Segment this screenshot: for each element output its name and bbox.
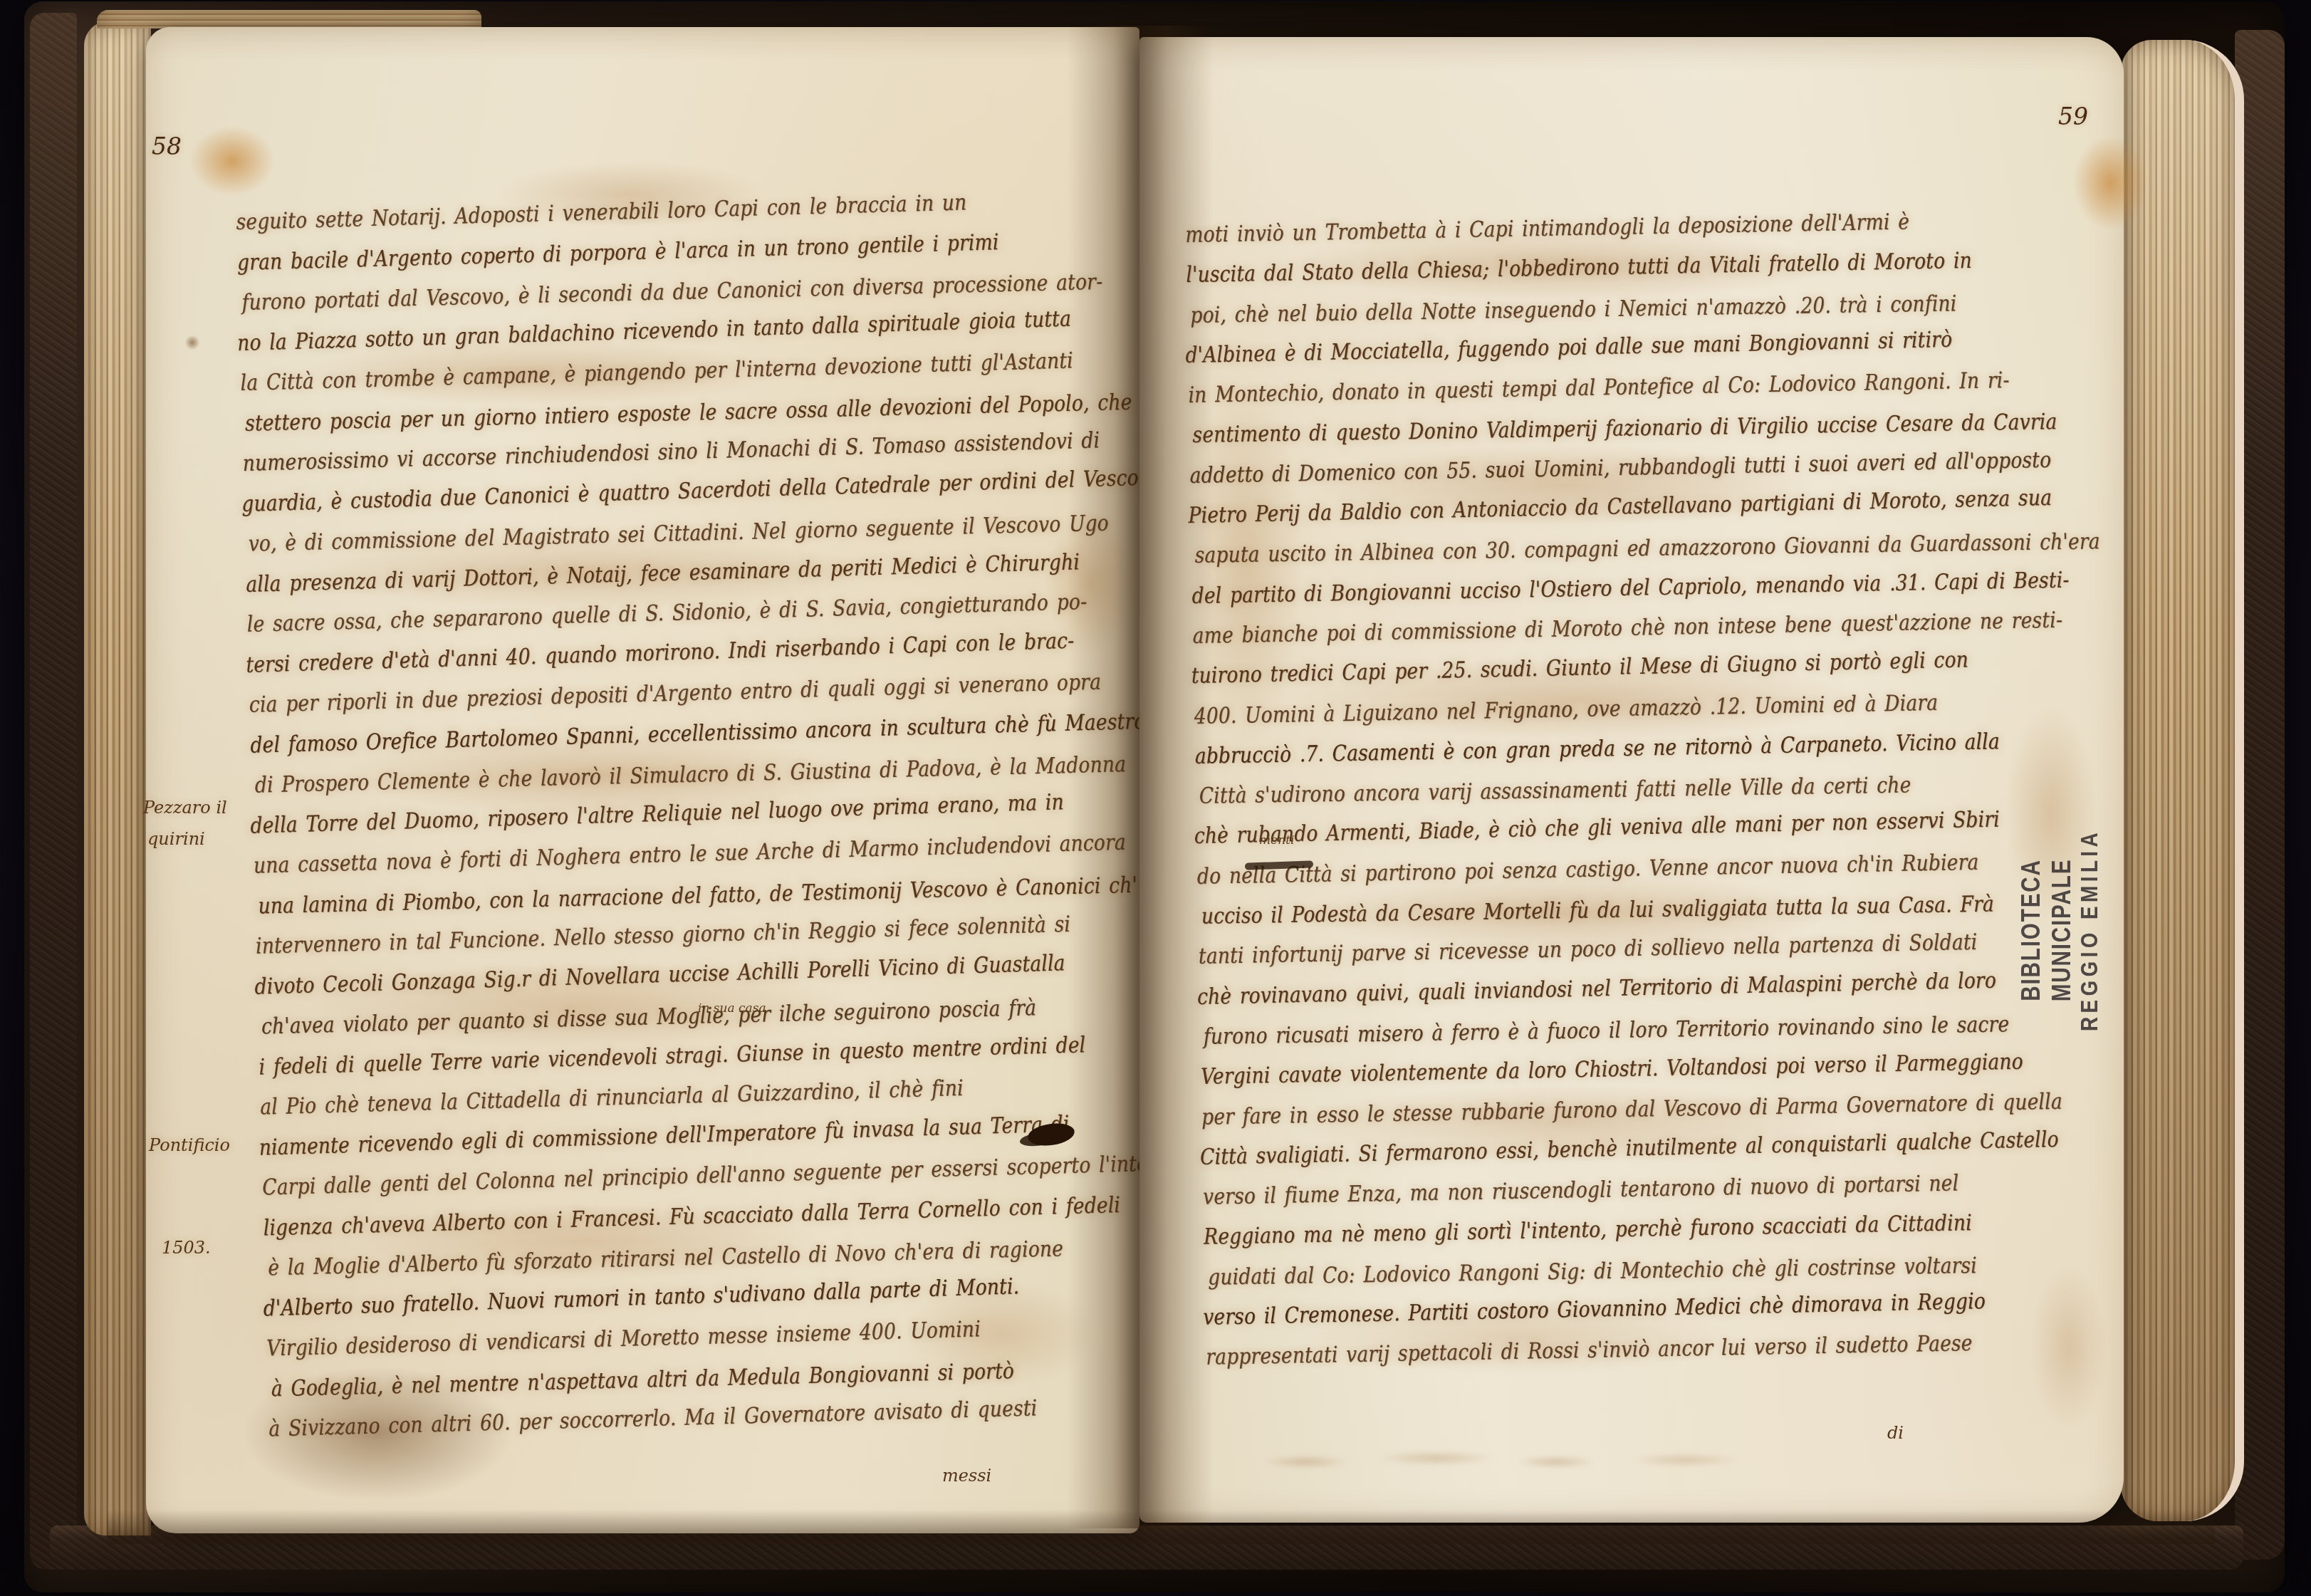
margin-note: 1503.	[162, 1238, 211, 1258]
right-text-block: moti inviò un Trombetta à i Capi intiman…	[1185, 207, 2050, 1384]
library-stamp: BIBLIOTECA MUNICIPALE REGGIO EMILIA	[2019, 783, 2087, 1077]
paper-stain	[182, 332, 203, 353]
paper-stain	[2057, 115, 2164, 251]
margin-note: Pezzaro il	[143, 798, 227, 818]
interlinear-correction: menti	[1259, 833, 1294, 847]
page-bottom-shadow	[107, 1510, 2215, 1544]
margin-note: quirini	[147, 829, 205, 849]
faded-ink-smudge	[1246, 1441, 1745, 1478]
catchword: messi	[942, 1466, 991, 1486]
right-page: 59 moti inviò un Trombetta à i Capi inti…	[1139, 37, 2124, 1523]
gutter-shadow	[1067, 26, 1214, 1528]
page-number-left: 58	[152, 132, 182, 160]
book-cover-left-edge	[30, 13, 77, 1570]
library-stamp-line1: BIBLIOTECA MUNICIPALE	[2015, 798, 2076, 1063]
interlinear-insertion: in sua casa	[698, 1001, 766, 1016]
library-stamp-line2: REGGIO EMILIA	[2075, 798, 2104, 1063]
margin-note: Pontificio	[149, 1135, 230, 1155]
paper-stain	[172, 111, 293, 211]
photograph-background: 58 Pezzaro il quirini Pontificio 1503. s…	[0, 0, 2311, 1596]
catchword: di	[1887, 1423, 1904, 1443]
left-text-block: seguito sette Notarij. Adoposti i venera…	[236, 186, 1134, 1456]
page-edges-top	[97, 10, 481, 28]
page-number-right: 59	[2058, 103, 2088, 130]
page-edges-left	[84, 21, 151, 1535]
left-page: 58 Pezzaro il quirini Pontificio 1503. s…	[146, 27, 1139, 1533]
page-edges-fore-edge	[2121, 40, 2244, 1521]
